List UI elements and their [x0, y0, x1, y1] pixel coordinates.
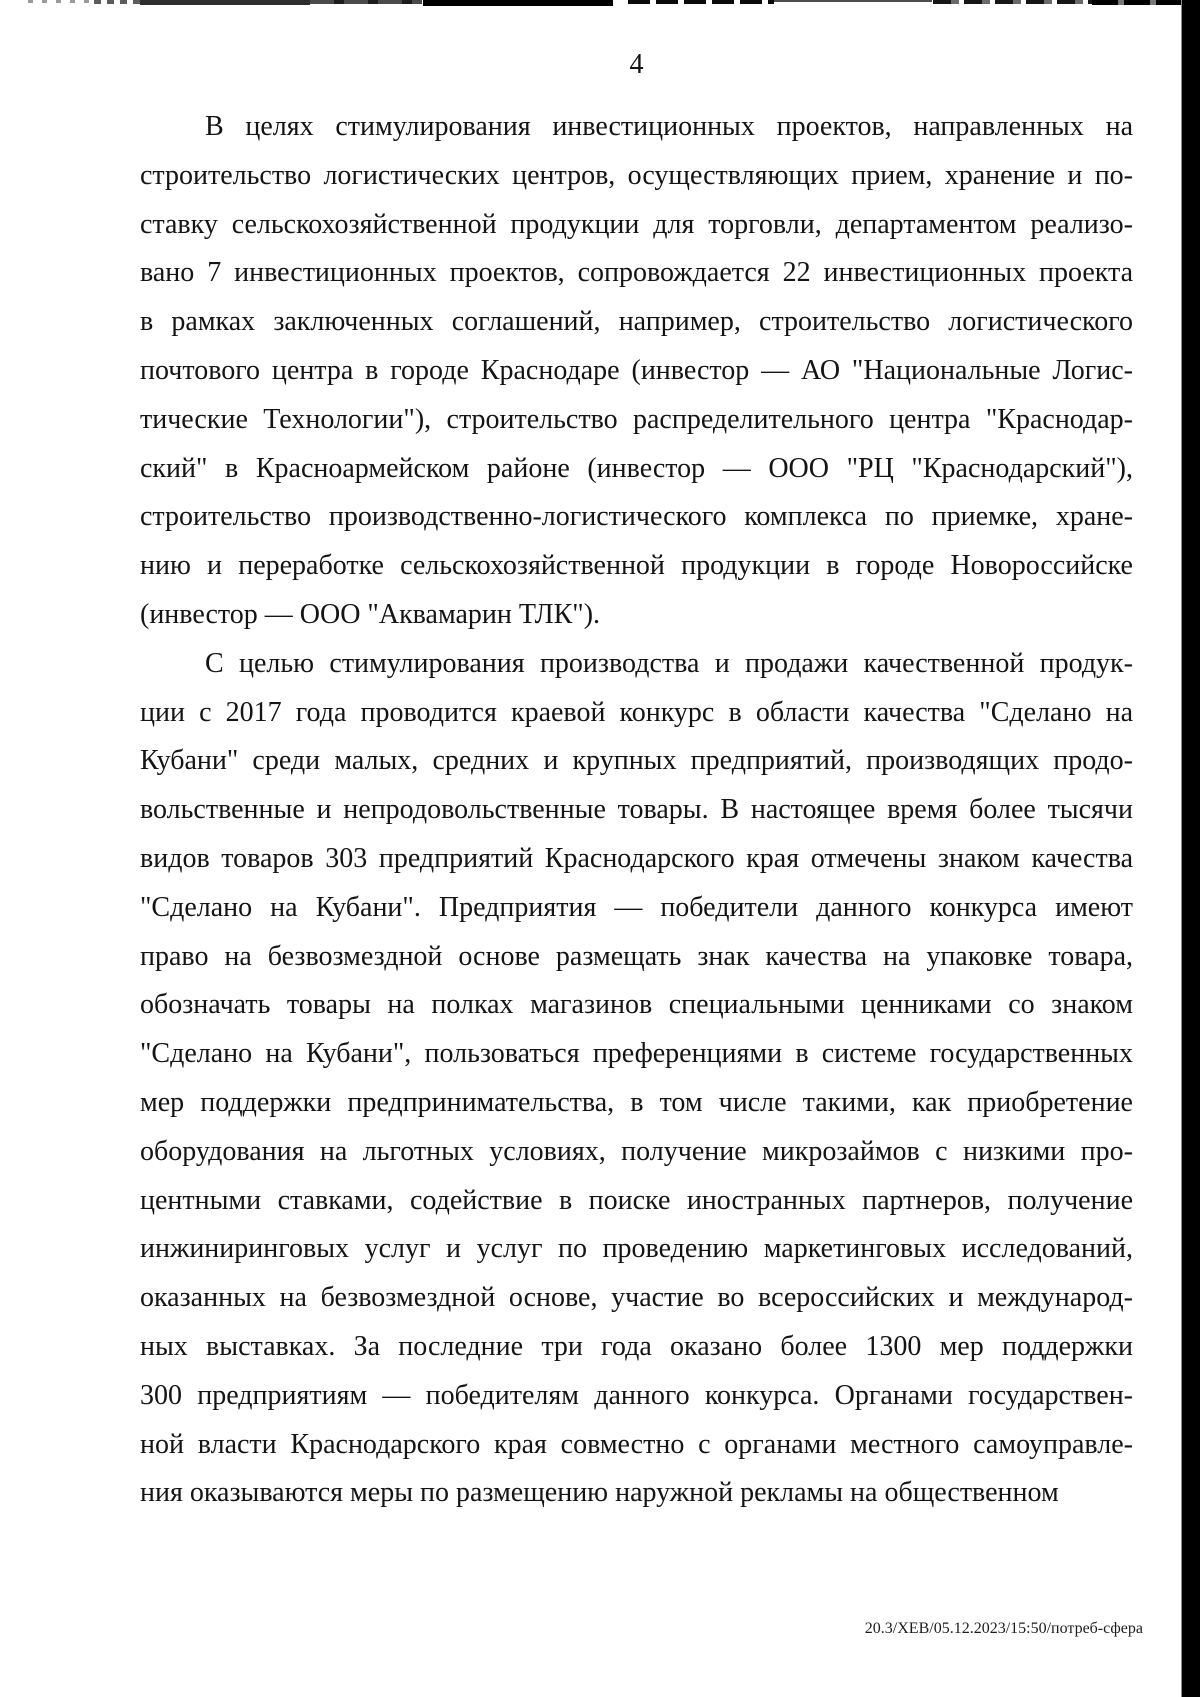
- text-line: С целью стимулирования производства и пр…: [140, 640, 1133, 689]
- text-line: вольственные и непродовольственные товар…: [140, 786, 1133, 835]
- text-line: ции с 2017 года проводится краевой конку…: [140, 689, 1133, 738]
- text-line: мер поддержки предпринимательства, в том…: [140, 1079, 1133, 1128]
- text-line: почтового центра в городе Краснодаре (ин…: [140, 347, 1133, 396]
- text-line: "Сделано на Кубани", пользоваться префер…: [140, 1030, 1133, 1079]
- text-line: оборудования на льготных условиях, получ…: [140, 1128, 1133, 1177]
- text-line: (инвестор — ООО "Аквамарин ТЛК").: [140, 591, 1133, 640]
- text-line: "Сделано на Кубани". Предприятия — побед…: [140, 884, 1133, 933]
- text-line: в рамках заключенных соглашений, наприме…: [140, 298, 1133, 347]
- page-number: 4: [140, 50, 1133, 80]
- text-line: право на безвозмездной основе размещать …: [140, 933, 1133, 982]
- document-body: В целях стимулирования инвестиционных пр…: [140, 103, 1133, 1518]
- text-line: ния оказываются меры по размещению наруж…: [140, 1469, 1133, 1518]
- paragraph-investment-projects: В целях стимулирования инвестиционных пр…: [140, 103, 1133, 640]
- text-line: 300 предприятиям — победителям данного к…: [140, 1372, 1133, 1421]
- text-line: строительство логистических центров, осу…: [140, 152, 1133, 201]
- text-line: В целях стимулирования инвестиционных пр…: [140, 103, 1133, 152]
- text-line: нию и переработке сельскохозяйственной п…: [140, 542, 1133, 591]
- paragraph-made-in-kuban: С целью стимулирования производства и пр…: [140, 640, 1133, 1518]
- text-line: ной власти Краснодарского края совместно…: [140, 1421, 1133, 1470]
- text-line: тические Технологии"), строительство рас…: [140, 396, 1133, 445]
- text-line: строительство производственно-логистичес…: [140, 493, 1133, 542]
- text-line: инжиниринговых услуг и услуг по проведен…: [140, 1225, 1133, 1274]
- scan-artifact-right: [1181, 0, 1200, 1697]
- text-line: ных выставках. За последние три года ока…: [140, 1323, 1133, 1372]
- text-line: Кубани" среди малых, средних и крупных п…: [140, 737, 1133, 786]
- scan-artifact-top: [28, 0, 1181, 8]
- text-line: вано 7 инвестиционных проектов, сопровож…: [140, 249, 1133, 298]
- text-line: обозначать товары на полках магазинов сп…: [140, 981, 1133, 1030]
- text-line: центными ставками, содействие в поиске и…: [140, 1177, 1133, 1226]
- text-line: ский" в Красноармейском районе (инвестор…: [140, 445, 1133, 494]
- text-line: ставку сельскохозяйственной продукции дл…: [140, 201, 1133, 250]
- text-line: видов товаров 303 предприятий Краснодарс…: [140, 835, 1133, 884]
- text-line: оказанных на безвозмездной основе, участ…: [140, 1274, 1133, 1323]
- footer-stamp: 20.3/ХЕВ/05.12.2023/15:50/потреб-сфера: [140, 1620, 1143, 1638]
- document-page: 4 В целях стимулирования инвестиционных …: [0, 0, 1200, 1697]
